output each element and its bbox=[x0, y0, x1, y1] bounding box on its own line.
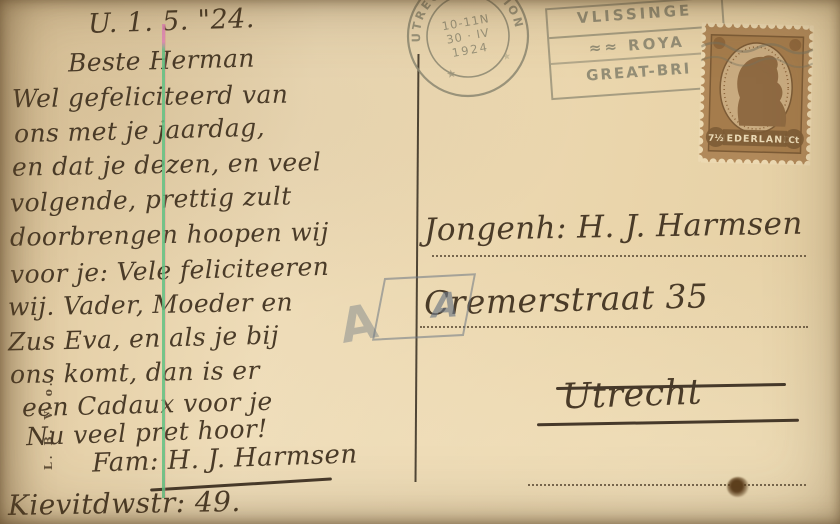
postcard-back: U. 1. 5. "24. Beste Herman Wel gefelicit… bbox=[0, 0, 840, 524]
postcard-divider-line bbox=[415, 54, 420, 482]
stamp-value: 7½ bbox=[708, 133, 724, 144]
stamp-country-label: NEDERLAND bbox=[717, 133, 792, 146]
message-line: ons met je jaardag, bbox=[14, 115, 265, 147]
message-line: volgende, prettig zult bbox=[10, 183, 292, 215]
ink-stain bbox=[727, 477, 749, 497]
message-line: Zus Eva, en als je bij bbox=[8, 322, 280, 354]
message-line: doorbrengen hoopen wij bbox=[10, 219, 329, 250]
postmark-star-icon: ★ bbox=[445, 67, 457, 82]
city-underline bbox=[537, 419, 799, 427]
stamp-currency: Ct bbox=[788, 136, 800, 146]
empty-dotted-rule bbox=[528, 484, 806, 486]
publisher-imprint: L. B. V. o. bbox=[42, 379, 55, 470]
scan-line-artifact bbox=[162, 24, 165, 498]
address-dotted-rule bbox=[420, 326, 808, 328]
control-mark-faint-letter: A bbox=[335, 293, 381, 355]
control-mark-letter: A bbox=[428, 285, 462, 327]
sender-street-line: Kievitdwstr: 49. bbox=[8, 488, 241, 520]
signature-line: Fam: H. J. Harmsen bbox=[92, 441, 358, 476]
stamp-nederland: NEDERLAND 7½ Ct bbox=[698, 23, 814, 166]
postmark-utrecht-station: UTRECHT-STATION 10-11N 30 · IV 1924 ★ ★ bbox=[387, 0, 549, 117]
message-line: voor je: Vele feliciteeren bbox=[10, 254, 330, 287]
postmark-star-icon: ★ bbox=[501, 51, 512, 63]
address-name-line: Jongenh: H. J. Harmsen bbox=[424, 209, 803, 247]
control-mark-box: A bbox=[372, 273, 476, 341]
message-date: U. 1. 5. "24. bbox=[88, 5, 256, 38]
message-line: Wel gefeliciteerd van bbox=[12, 82, 289, 112]
address-city-line: Utrecht bbox=[561, 376, 702, 416]
message-line: en dat je dezen, en veel bbox=[12, 149, 322, 179]
address-dotted-rule bbox=[432, 255, 806, 257]
message-line: wij. Vader, Moeder en bbox=[8, 290, 293, 320]
